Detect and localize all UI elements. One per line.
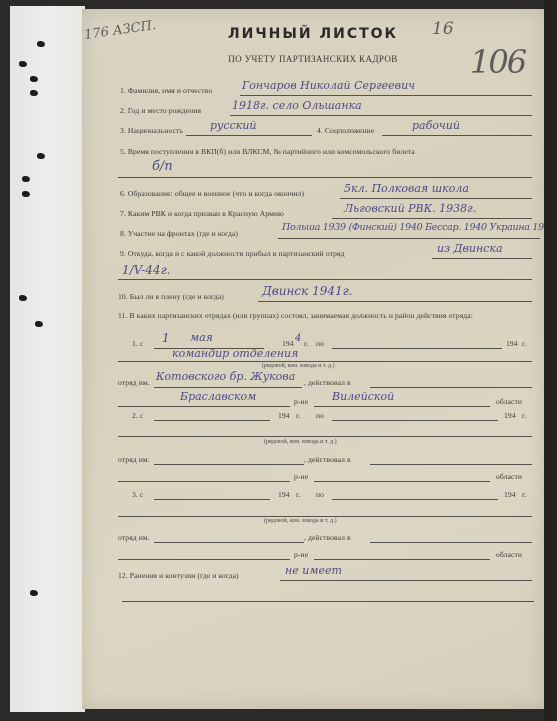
form-subtitle: ПО УЧЕТУ ПАРТИЗАНСКИХ КАДРОВ	[82, 54, 544, 64]
label-full-name: 1. Фамилия, имя и отчество	[120, 86, 212, 95]
entry1-district-label: р-не	[294, 397, 308, 406]
underline	[118, 481, 290, 482]
binding-hole	[30, 76, 38, 82]
binding-hole	[35, 321, 43, 327]
binding-hole	[19, 295, 27, 301]
entry3-year-prefix: 194	[278, 490, 290, 499]
label-fronts: 8. Участие на фронтах (где и когда)	[120, 229, 238, 238]
entry2-to-label: по	[316, 411, 324, 420]
underline	[332, 499, 498, 500]
entry1-to-label: по	[316, 339, 324, 348]
label-social-status: 4. Соцположение	[317, 126, 374, 135]
label-detachments: 11. В каких партизанских отрядах (или гр…	[118, 311, 538, 321]
binding-hole	[19, 61, 27, 67]
value-captivity: Двинск 1941г.	[262, 284, 353, 298]
underline	[118, 559, 290, 560]
form-sheet: 176 АЗСП. 16 106 ЛИЧНЫЙ ЛИСТОК ПО УЧЕТУ …	[82, 9, 544, 709]
entry3-to-year: 194	[504, 490, 516, 499]
entry1-position: командир отделения	[172, 347, 298, 360]
underline	[118, 361, 532, 362]
entry1-year-suffix: 4	[295, 333, 301, 344]
underline	[154, 499, 270, 500]
underline	[370, 387, 532, 388]
entry3-unit-label: отряд им.	[118, 533, 150, 542]
value-arrival-date: 1/V-44г.	[122, 263, 170, 277]
binding-strip	[10, 6, 85, 712]
entry1-region-value: Вилейской	[332, 390, 394, 403]
underline	[370, 464, 532, 465]
entry2-to-unit: г.	[522, 411, 526, 420]
entry1-from-month: мая	[190, 331, 213, 344]
underline	[154, 420, 270, 421]
underline	[118, 279, 532, 280]
entry3-to-label: по	[316, 490, 324, 499]
underline	[314, 406, 490, 407]
entry3-to-unit: г.	[522, 490, 526, 499]
label-education: 6. Образование: общее и военное (что и к…	[120, 189, 304, 198]
underline	[332, 348, 502, 349]
underline	[382, 135, 532, 136]
form-title: ЛИЧНЫЙ ЛИСТОК	[82, 26, 544, 42]
label-arrival: 9. Откуда, когда и с какой должности при…	[120, 249, 345, 258]
underline	[370, 542, 532, 543]
underline	[118, 516, 532, 517]
value-social-status: рабочий	[412, 119, 460, 132]
underline	[240, 95, 532, 96]
entry1-to-year: 194	[506, 339, 518, 348]
underline	[314, 481, 490, 482]
value-education: 5кл. Полковая школа	[344, 182, 469, 195]
underline	[230, 115, 532, 116]
value-party: б/п	[152, 159, 173, 174]
underline	[186, 135, 312, 136]
binding-hole	[30, 90, 38, 96]
entry2-district-label: р-не	[294, 472, 308, 481]
entry1-district-value: Браславском	[180, 390, 256, 403]
entry1-from-day: 1	[162, 331, 170, 345]
value-arrival: из Двинска	[437, 242, 503, 255]
binding-hole	[22, 176, 30, 182]
entry3-region-label: области	[496, 550, 522, 559]
entry1-to-unit: г.	[522, 339, 526, 348]
entry1-year-unit: г.	[304, 339, 308, 348]
binding-hole	[22, 191, 30, 197]
label-birth: 2. Год и место рождения	[120, 106, 201, 115]
entry1-unit-label: отряд им.	[118, 378, 150, 387]
underline	[154, 464, 304, 465]
entry1-region-label: области	[496, 397, 522, 406]
underline	[118, 436, 532, 437]
entry2-year-unit: г.	[296, 411, 300, 420]
entry3-district-label: р-не	[294, 550, 308, 559]
entry1-unit-value: Котовского бр. Жукова	[156, 370, 295, 383]
value-conscription: Льговский РВК. 1938г.	[344, 202, 476, 215]
entry3-num: 3. с	[132, 490, 143, 499]
value-wounds: не имеет	[285, 564, 342, 577]
underline	[332, 218, 532, 219]
underline	[314, 559, 490, 560]
underline	[118, 406, 290, 407]
value-birth: 1918г. село Ольшанка	[232, 99, 362, 112]
value-fronts: Польша 1939 (Финский) 1940 Бессар. 1940 …	[282, 222, 557, 233]
entry2-region-label: области	[496, 472, 522, 481]
entry3-year-unit: г.	[296, 490, 300, 499]
entry2-unit-label: отряд им.	[118, 455, 150, 464]
entry2-num: 2. с	[132, 411, 143, 420]
underline	[258, 301, 532, 302]
label-captivity: 10. Был ли в плену (где и когда)	[118, 292, 224, 301]
underline	[154, 387, 302, 388]
value-full-name: Гончаров Николай Сергеевич	[242, 79, 415, 92]
entry2-to-year: 194	[504, 411, 516, 420]
entry3-acted-label: , действовал в	[304, 533, 351, 542]
underline	[154, 542, 304, 543]
entry2-year-prefix: 194	[278, 411, 290, 420]
binding-hole	[30, 590, 38, 596]
bottom-rule	[122, 601, 534, 602]
entry1-position-hint: (рядовой, ком. взвода и т. д.)	[262, 363, 335, 369]
entry1-acted-label: , действовал в	[304, 378, 351, 387]
binding-hole	[37, 41, 45, 47]
underline	[332, 420, 498, 421]
underline	[280, 580, 532, 581]
entry2-acted-label: , действовал в	[304, 455, 351, 464]
value-nationality: русский	[210, 119, 256, 132]
underline	[278, 238, 540, 239]
entry3-position-hint: (рядовой, ком. взвода и т. д.)	[264, 518, 337, 524]
label-wounds: 12. Ранения и контузии (где и когда)	[118, 571, 239, 580]
label-conscription: 7. Каким РВК и когда призван в Красную А…	[120, 209, 284, 218]
label-nationality: 3. Национальность	[120, 126, 183, 135]
underline	[432, 258, 532, 259]
entry2-position-hint: (рядовой, ком. взвода и т. д.)	[264, 439, 337, 445]
label-party: 5. Время поступления в ВКП(б) или ВЛКСМ,…	[120, 147, 415, 156]
binding-hole	[37, 153, 45, 159]
entry1-num: 1. с	[132, 339, 143, 348]
underline	[118, 177, 532, 178]
underline	[340, 198, 532, 199]
scan-background-edge	[544, 0, 557, 721]
